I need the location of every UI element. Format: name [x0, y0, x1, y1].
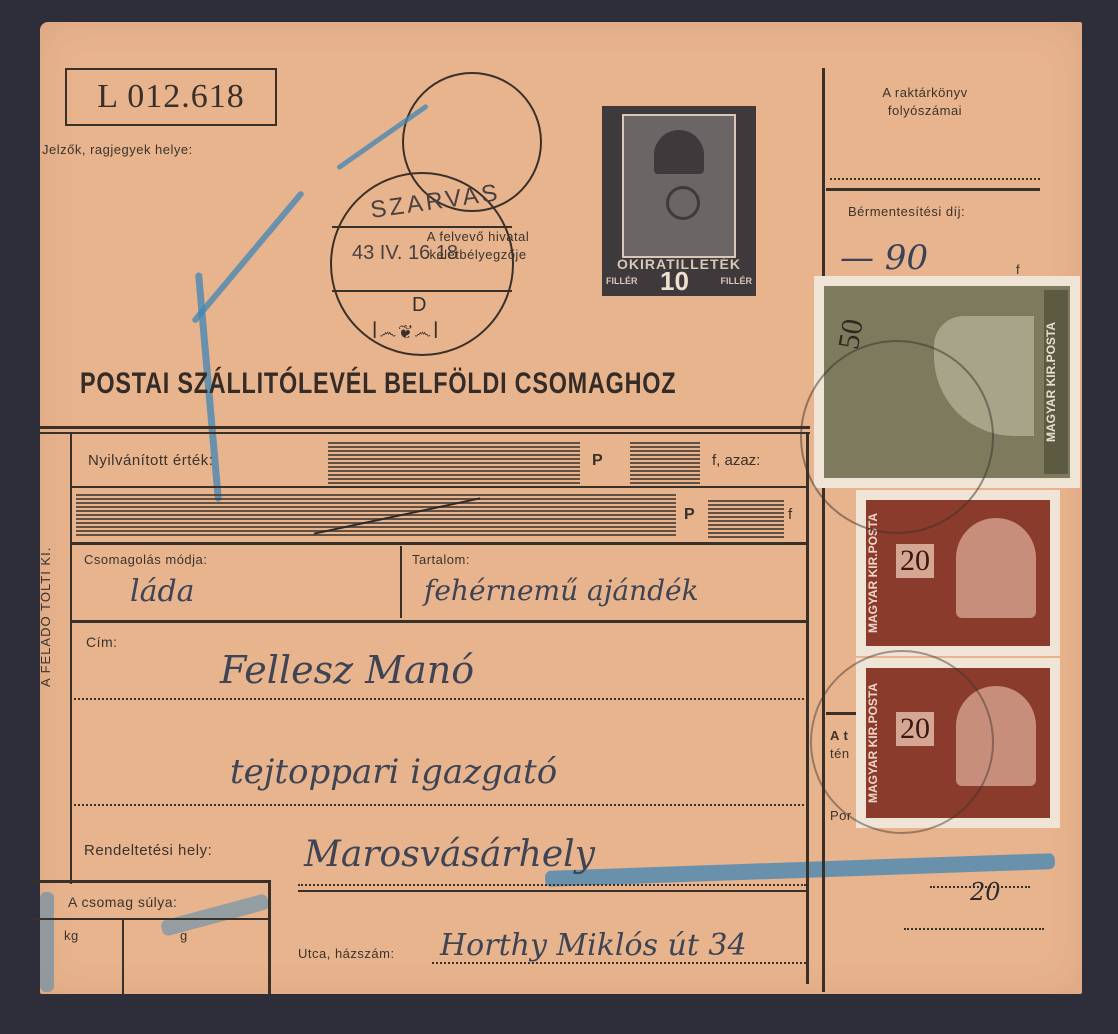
blue-crayon-mark: [40, 892, 54, 992]
fee-stamp-value: 10: [660, 266, 689, 297]
currency-f-azaz-label: f, azaz:: [712, 452, 760, 469]
form-title: POSTAI SZÁLLITÓLEVÉL BELFÖLDI CSOMAGHOZ: [80, 367, 676, 401]
raktarkonyv-label: A raktárkönyv folyószámai: [860, 84, 990, 120]
destination-label: Rendeltetési hely:: [84, 842, 212, 859]
parcel-dispatch-note: L 012.618 Jelzők, ragjegyek helye: SZARV…: [40, 22, 1082, 994]
address-line-2[interactable]: tejtoppari igazgató: [230, 752, 557, 792]
address-label: Cím:: [86, 634, 118, 650]
weight-label: A csomag súlya:: [68, 894, 177, 910]
crown-emblem-icon: [622, 114, 736, 258]
side-label: A FELADÓ TÖLTI KI.: [38, 492, 53, 742]
postmark-city: SZARVAS: [369, 179, 502, 225]
postmark-ornament-icon: ꟾ෴❦෴ꟾ: [372, 322, 440, 343]
currency-f-label: f: [788, 506, 792, 523]
street-value[interactable]: Horthy Miklós út 34: [440, 928, 747, 963]
declared-value-pengo-field[interactable]: [328, 442, 580, 484]
declared-value-words-filler-field[interactable]: [708, 500, 784, 538]
street-label: Utca, házszám:: [298, 946, 395, 961]
jelzok-label: Jelzők, ragjegyek helye:: [42, 142, 193, 157]
postmark-overprint-text: A felvevő hivatal keletbélyegzője: [398, 228, 558, 264]
serial-number-box: L 012.618: [65, 68, 277, 126]
destination-value[interactable]: Marosvásárhely: [304, 834, 595, 875]
address-line-1[interactable]: Fellesz Manó: [220, 648, 474, 692]
declared-value-words-field[interactable]: [76, 494, 676, 536]
currency-p-label: P: [592, 452, 603, 470]
declared-value-filler-field[interactable]: [630, 442, 700, 484]
fee-stamp-okiratilletek: OKIRATILLETÉK FILLÉR 10 FILLÉR: [602, 106, 756, 296]
fee-stamp-unit-right: FILLÉR: [721, 276, 753, 286]
serial-number: L 012.618: [97, 78, 245, 116]
fee-stamp-unit-left: FILLÉR: [606, 276, 638, 286]
contents-label: Tartalom:: [412, 552, 470, 567]
stamp-value: 20: [896, 544, 934, 578]
blue-crayon-mark: [191, 190, 305, 324]
declared-value-label: Nyilvánított érték:: [88, 452, 213, 469]
stamp-country: MAGYAR KIR.POSTA: [1044, 290, 1068, 474]
cancellation-postmark: [800, 340, 994, 534]
packing-label: Csomagolás módja:: [84, 552, 207, 567]
bottom-value[interactable]: 20: [970, 878, 1001, 906]
packing-value[interactable]: láda: [130, 574, 195, 609]
bermentesitesi-label: Bérmentesítési díj:: [848, 204, 965, 219]
postmark-letter: D: [412, 294, 426, 317]
weight-g-label: g: [180, 928, 188, 943]
cancellation-postmark: [810, 650, 994, 834]
bermentesitesi-unit: f: [1016, 262, 1020, 277]
postmark-szarvas: SZARVAS 43 IV. 16 18 D ꟾ෴❦෴ꟾ: [330, 172, 514, 356]
contents-value[interactable]: fehérnemű ajándék: [424, 574, 699, 607]
currency-p-label-2: P: [684, 506, 695, 524]
weight-kg-label: kg: [64, 928, 79, 943]
bermentesitesi-value[interactable]: — 90: [840, 238, 928, 278]
